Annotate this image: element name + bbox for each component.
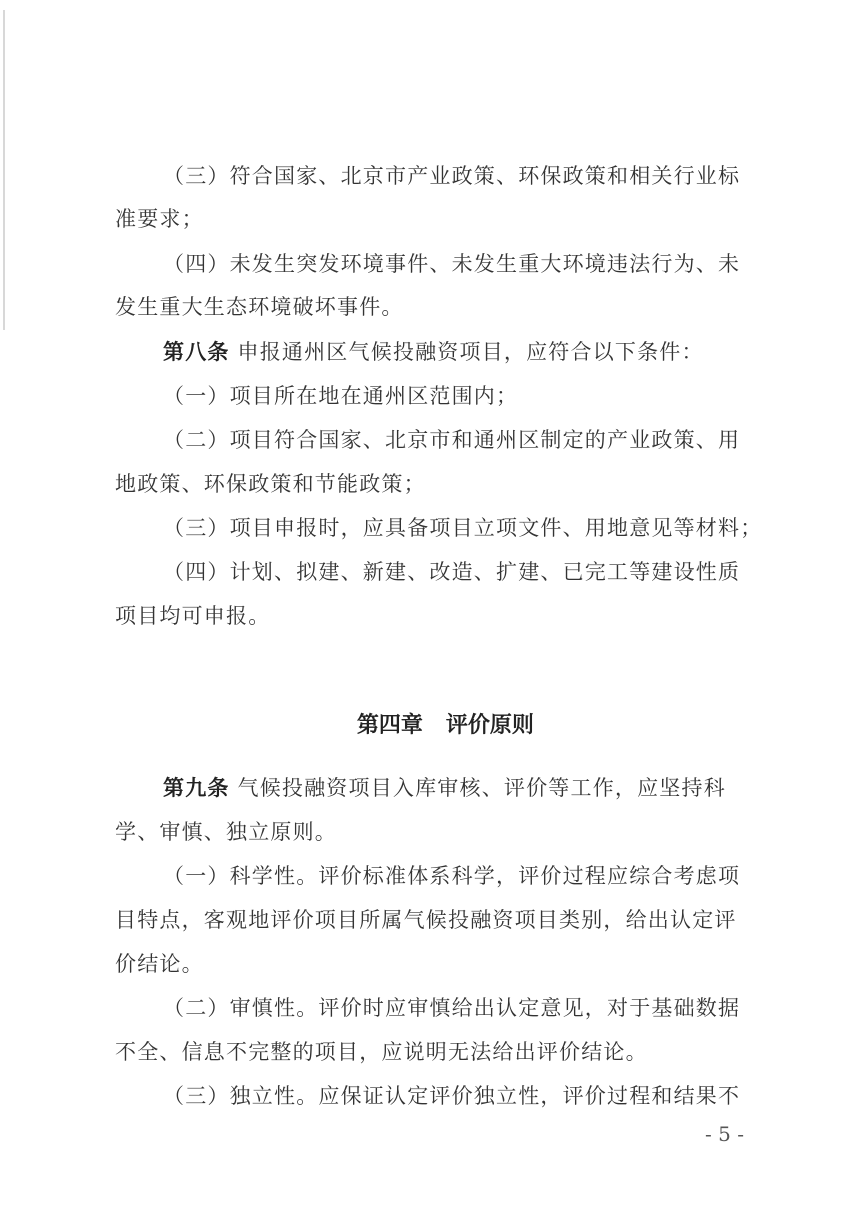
article-8-heading: 第八条 — [163, 340, 230, 364]
article-8-text: 申报通州区气候投融资项目，应符合以下条件： — [238, 340, 704, 364]
article-9-heading: 第九条 — [163, 776, 230, 800]
chapter-number: 第四章 — [357, 713, 423, 738]
scan-edge-line — [3, 10, 5, 330]
para-9-1-line-2: 目特点，客观地评价项目所属气候投融资项目类别，给出认定评 — [115, 902, 775, 938]
para-8-4-line-1: （四）计划、拟建、新建、改造、扩建、已完工等建设性质 — [115, 554, 823, 590]
article-8: 第八条 申报通州区气候投融资项目，应符合以下条件： — [115, 334, 823, 370]
article-9-line-1: 第九条 气候投融资项目入库审核、评价等工作，应坚持科 — [115, 770, 823, 806]
para-9-3-line-1: （三）独立性。应保证认定评价独立性，评价过程和结果不 — [115, 1078, 823, 1114]
para-8-1: （一）项目所在地在通州区范围内； — [115, 378, 823, 414]
para-7-4-line-2: 发生重大生态环境破坏事件。 — [115, 289, 775, 325]
para-7-3-line-1: （三）符合国家、北京市产业政策、环保政策和相关行业标 — [115, 158, 823, 194]
para-9-2-line-1: （二）审慎性。评价时应审慎给出认定意见，对于基础数据 — [115, 990, 823, 1026]
para-8-3: （三）项目申报时，应具备项目立项文件、用地意见等材料； — [115, 510, 823, 546]
chapter-title: 评价原则 — [446, 713, 534, 738]
para-7-4-line-1: （四）未发生突发环境事件、未发生重大环境违法行为、未 — [115, 246, 823, 282]
para-8-2-line-2: 地政策、环保政策和节能政策； — [115, 466, 775, 502]
para-7-3-line-2: 准要求； — [115, 201, 775, 237]
para-8-2-line-1: （二）项目符合国家、北京市和通州区制定的产业政策、用 — [115, 422, 823, 458]
page-number: - 5 - — [705, 1122, 744, 1146]
article-9-text: 气候投融资项目入库审核、评价等工作，应坚持科 — [238, 776, 726, 800]
para-9-1-line-3: 价结论。 — [115, 946, 775, 982]
article-9-line-2: 学、审慎、独立原则。 — [115, 814, 775, 850]
chapter-heading: 第四章 评价原则 — [115, 683, 745, 764]
para-9-2-line-2: 不全、信息不完整的项目，应说明无法给出评价结论。 — [115, 1034, 775, 1070]
para-9-1-line-1: （一）科学性。评价标准体系科学，评价过程应综合考虑项 — [115, 858, 823, 894]
para-8-4-line-2: 项目均可申报。 — [115, 598, 775, 634]
